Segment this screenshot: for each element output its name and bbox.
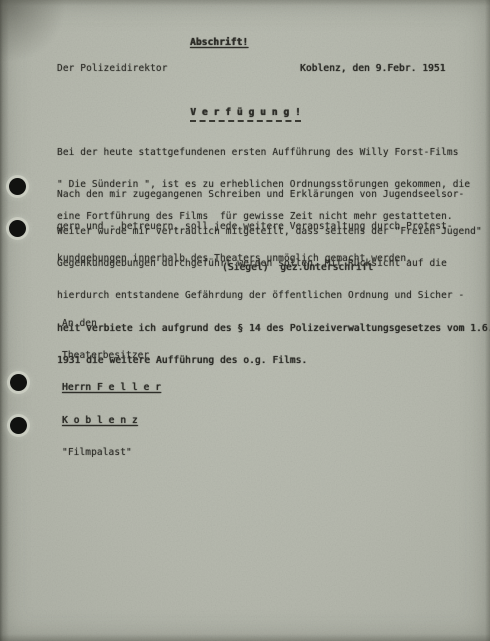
address-line-herrn-feller: Herrn F e l l e r — [62, 383, 161, 394]
paragraph-3-line: Weiter wurde mir vertraulich mitgeteilt,… — [57, 227, 490, 238]
scanned-document-page: Abschrift! Der Polizeidirektor Koblenz, … — [0, 0, 490, 641]
paragraph-1-line: Bei der heute stattgefundenen ersten Auf… — [57, 148, 470, 159]
sender-line: Der Polizeidirektor — [57, 64, 168, 75]
address-line-theaterbesitzer: Theaterbesitzer — [62, 351, 161, 362]
seal-signature-line: (Siegel) gez.Unterschrift — [222, 263, 373, 274]
punch-hole — [9, 178, 26, 195]
decree-heading: V e r f ü g u n g ! — [190, 107, 301, 122]
paragraph-2-line: Nach den mir zugegangenen Schreiben und … — [57, 190, 464, 201]
address-line-koblenz: K o b l e n z — [62, 416, 161, 427]
punch-hole — [9, 220, 26, 237]
punch-hole — [10, 374, 27, 391]
decree-heading-wrap: V e r f ü g u n g ! — [167, 97, 301, 129]
address-line-filmpalast: "Filmpalast" — [62, 448, 161, 459]
punch-hole — [10, 417, 27, 434]
copy-label: Abschrift! — [190, 38, 248, 49]
address-block: An den Theaterbesitzer Herrn F e l l e r… — [62, 297, 161, 481]
date-line: Koblenz, den 9.Febr. 1951 — [300, 64, 446, 75]
address-line-an-den: An den — [62, 319, 161, 330]
